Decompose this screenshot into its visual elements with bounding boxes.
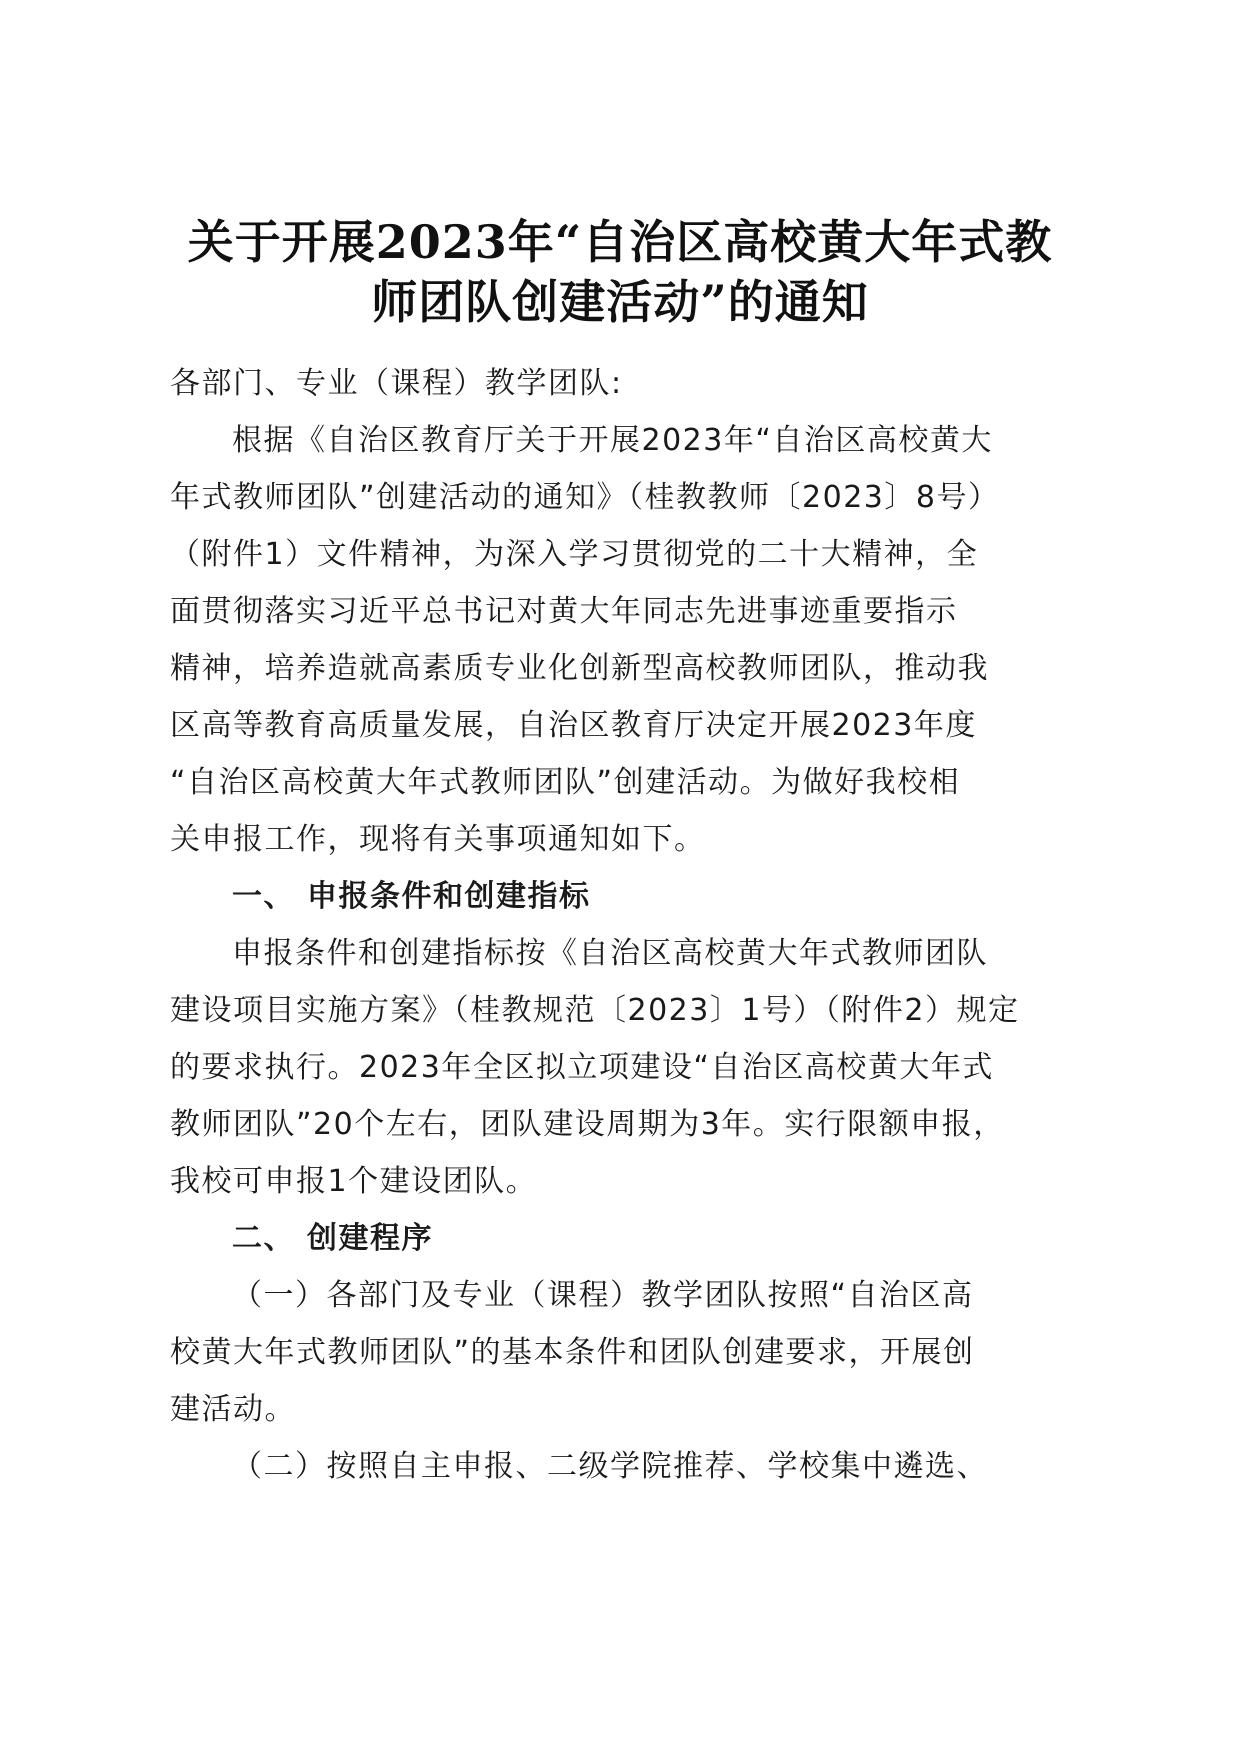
body-line: 建设项目实施方案》（桂教规范〔2023〕1号）（附件2）规定 xyxy=(170,982,1032,1039)
body-line: 校黄大年式教师团队”的基本条件和团队创建要求，开展创 xyxy=(170,1324,1032,1381)
body-line: 建活动。 xyxy=(170,1381,1032,1438)
body-line: 申报条件和创建指标按《自治区高校黄大年式教师团队 xyxy=(170,925,1032,982)
salutation: 各部门、专业（课程）教学团队: xyxy=(170,355,1032,412)
body-line: （附件1）文件精神，为深入学习贯彻党的二十大精神，全 xyxy=(170,526,1032,583)
body-line: 我校可申报1个建设团队。 xyxy=(170,1153,1032,1210)
body-line: 区高等教育高质量发展，自治区教育厅决定开展2023年度 xyxy=(170,697,1032,754)
body-line: 精神，培养造就高素质专业化创新型高校教师团队，推动我 xyxy=(170,640,1032,697)
body-line: 年式教师团队”创建活动的通知》（桂教教师〔2023〕8号） xyxy=(170,469,1032,526)
body-line: 的要求执行。2023年全区拟立项建设“自治区高校黄大年式 xyxy=(170,1039,1032,1096)
document-body: 各部门、专业（课程）教学团队: 根据《自治区教育厅关于开展2023年“自治区高校… xyxy=(170,355,1032,1495)
body-line: 关申报工作，现将有关事项通知如下。 xyxy=(170,811,1032,868)
section-heading: 二、 创建程序 xyxy=(170,1210,1032,1267)
body-line: （一）各部门及专业（课程）教学团队按照“自治区高 xyxy=(170,1267,1032,1324)
title-line-1: 关于开展2023年“自治区高校黄大年式教 xyxy=(150,212,1090,272)
body-line: 面贯彻落实习近平总书记对黄大年同志先进事迹重要指示 xyxy=(170,583,1032,640)
body-line: 教师团队”20个左右，团队建设周期为3年。实行限额申报， xyxy=(170,1096,1032,1153)
section-heading: 一、 申报条件和创建指标 xyxy=(170,868,1032,925)
body-line: （二）按照自主申报、二级学院推荐、学校集中遴选、 xyxy=(170,1438,1032,1495)
document-title: 关于开展2023年“自治区高校黄大年式教 师团队创建活动”的通知 xyxy=(150,212,1090,332)
body-line: 根据《自治区教育厅关于开展2023年“自治区高校黄大 xyxy=(170,412,1032,469)
body-line: “自治区高校黄大年式教师团队”创建活动。为做好我校相 xyxy=(170,754,1032,811)
title-line-2: 师团队创建活动”的通知 xyxy=(150,272,1090,332)
document-page: 关于开展2023年“自治区高校黄大年式教 师团队创建活动”的通知 各部门、专业（… xyxy=(0,0,1240,1753)
